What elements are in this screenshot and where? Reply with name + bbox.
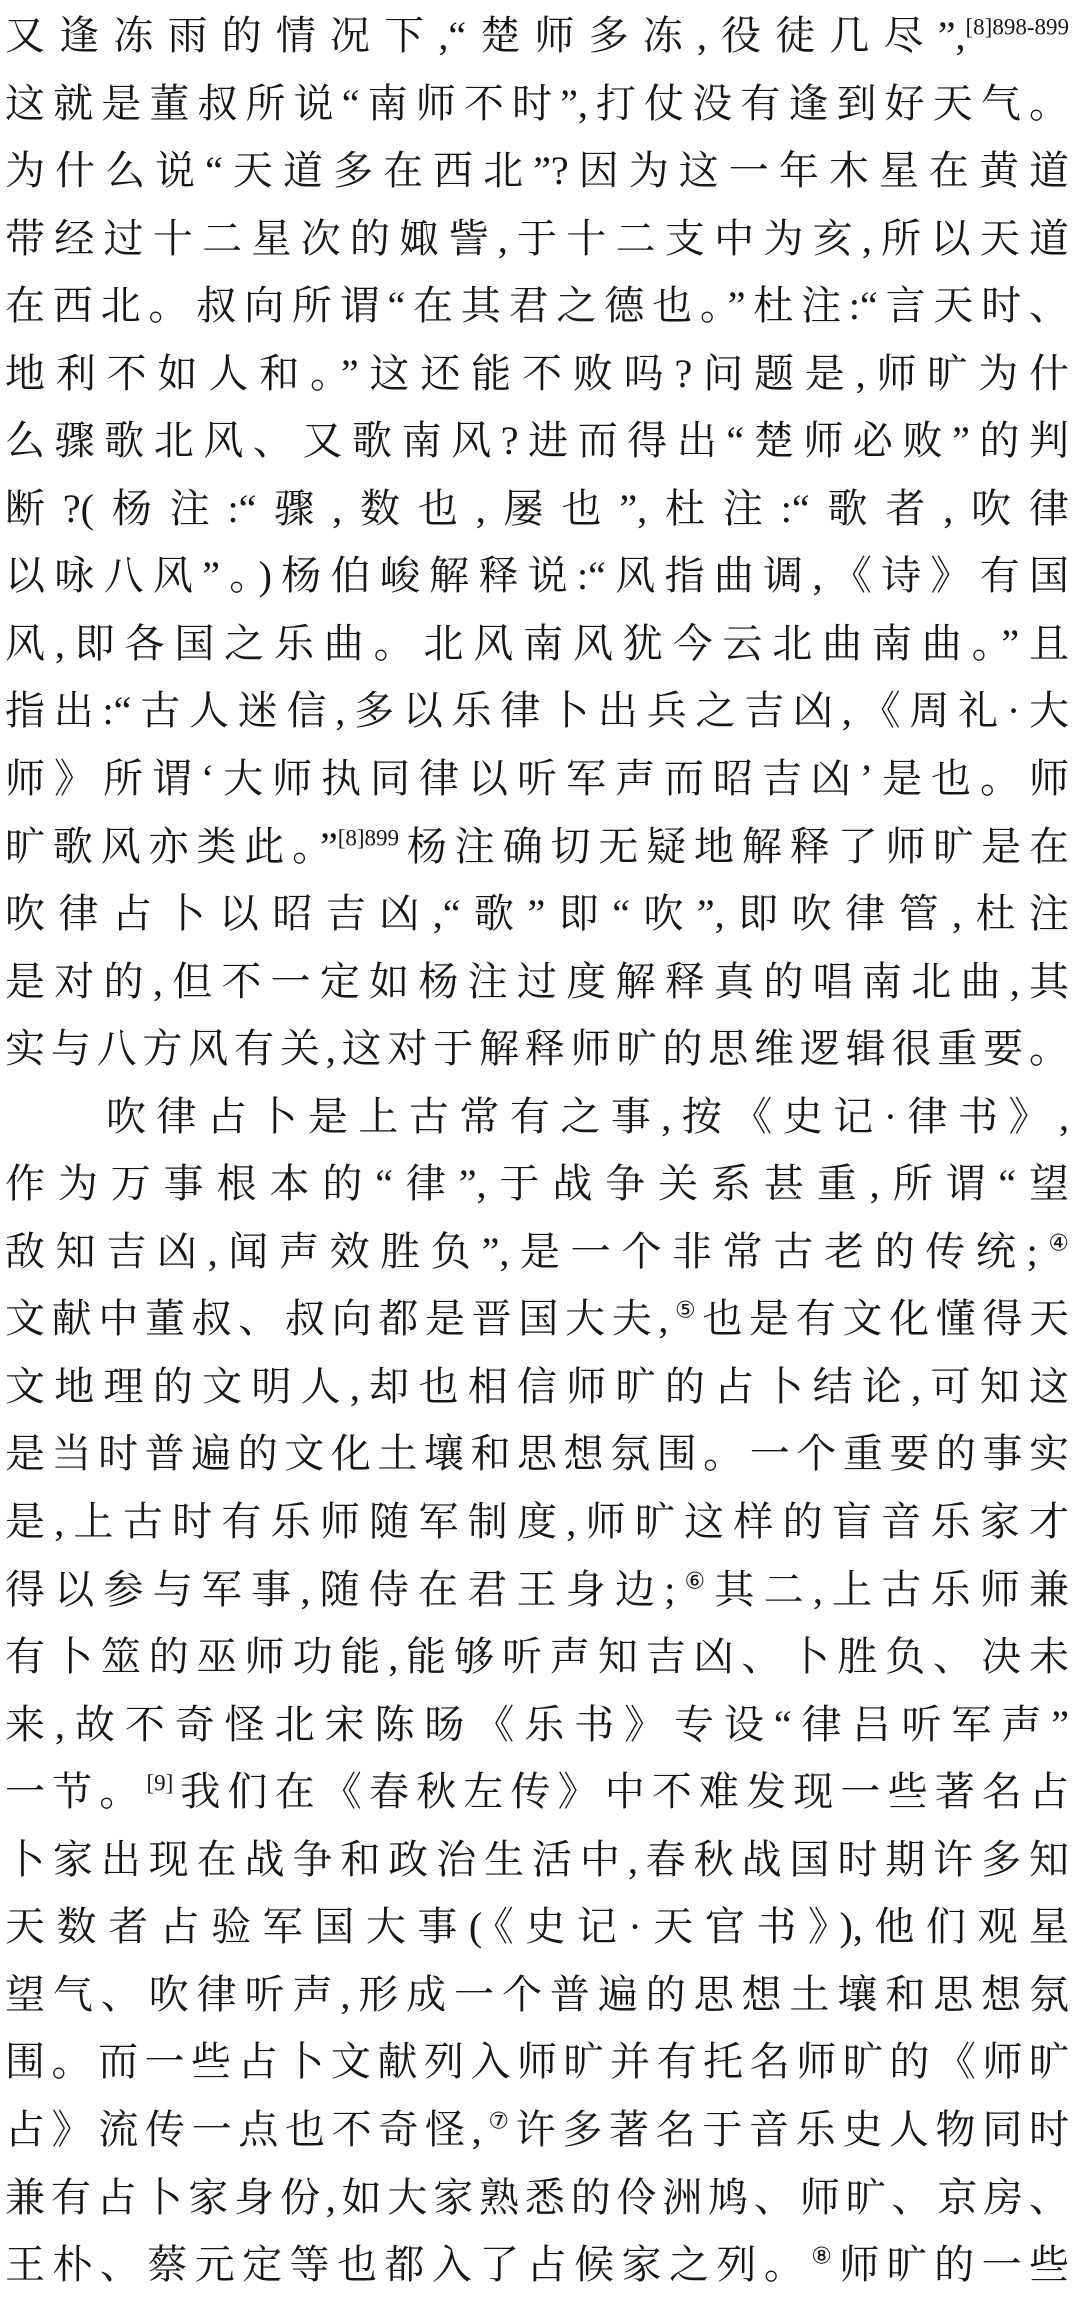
text-line: 望气、吹律听声,形成一个普遍的思想土壤和思想氛 bbox=[5, 1961, 1069, 2029]
text-block: 又逢冻雨的情况下,“楚师多冻,役徒几尽”,[8]898-899这就是董叔所说“南… bbox=[5, 2, 1069, 2299]
citation-superscript: [9] bbox=[146, 1771, 173, 1796]
text-line: 有卜筮的巫师功能,能够听声知吉凶、卜胜负、决未 bbox=[5, 1623, 1069, 1691]
text-line: 为什么说“天道多在西北”?因为这一年木星在黄道 bbox=[5, 137, 1069, 205]
text-line: 么骤歌北风、又歌南风?进而得出“楚师必败”的判 bbox=[5, 407, 1069, 475]
text-line: 天数者占验军国大事(《史记·天官书》),他们观星 bbox=[5, 1893, 1069, 1961]
document-page: 又逢冻雨的情况下,“楚师多冻,役徒几尽”,[8]898-899这就是董叔所说“南… bbox=[0, 0, 1074, 2299]
text-line: 文地理的文明人,却也相信师旷的占卜结论,可知这 bbox=[5, 1353, 1069, 1421]
text-line: 王朴、蔡元定等也都入了占候家之列。⑧师旷的一些 bbox=[5, 2231, 1069, 2299]
line-text: 杨注确切无疑地解释了师旷是在 bbox=[399, 824, 1069, 869]
line-text: 王朴、蔡元定等也都入了占候家之列。 bbox=[5, 2242, 811, 2287]
text-line: 又逢冻雨的情况下,“楚师多冻,役徒几尽”,[8]898-899 bbox=[5, 2, 1069, 70]
text-line: 风,即各国之乐曲。北风南风犹今云北曲南曲。”且 bbox=[5, 610, 1069, 678]
line-text: 文献中董叔、叔向都是晋国大夫, bbox=[5, 1296, 668, 1341]
citation-superscript: ⑤ bbox=[668, 1298, 702, 1323]
line-text: 其二,上古乐师兼 bbox=[714, 1567, 1069, 1612]
line-text: 在西北。叔向所谓“在其君之德也。”杜注:“言天时、 bbox=[5, 283, 1069, 328]
citation-superscript: ④ bbox=[1038, 1231, 1069, 1256]
line-text: 为什么说“天道多在西北”?因为这一年木星在黄道 bbox=[5, 148, 1069, 193]
line-text: 我们在《春秋左传》中不难发现一些著名占 bbox=[173, 1769, 1069, 1814]
text-line: 地利不如人和。”这还能不败吗?问题是,师旷为什 bbox=[5, 340, 1069, 408]
text-line: 吹律占卜是上古常有之事,按《史记·律书》, bbox=[5, 1083, 1069, 1151]
line-text: 以咏八风”。)杨伯峻解释说:“风指曲调,《诗》有国 bbox=[5, 553, 1069, 598]
text-line: 文献中董叔、叔向都是晋国大夫,⑤也是有文化懂得天 bbox=[5, 1285, 1069, 1353]
line-text: 得以参与军事,随侍在君王身边; bbox=[5, 1567, 675, 1612]
citation-superscript: [8]899 bbox=[338, 825, 399, 850]
citation-superscript: [8]898-899 bbox=[966, 15, 1069, 40]
line-text: 么骤歌北风、又歌南风?进而得出“楚师必败”的判 bbox=[5, 418, 1069, 463]
line-text: 也是有文化懂得天 bbox=[702, 1296, 1069, 1341]
text-line: 旷歌风亦类此。”[8]899杨注确切无疑地解释了师旷是在 bbox=[5, 813, 1069, 881]
line-text: 是当时普遍的文化土壤和思想氛围。一个重要的事实 bbox=[5, 1431, 1069, 1476]
line-text: 文地理的文明人,却也相信师旷的占卜结论,可知这 bbox=[5, 1364, 1069, 1409]
text-line: 兼有占卜家身份,如大家熟悉的伶洲鸠、师旷、京房、 bbox=[5, 2164, 1069, 2232]
text-line: 来,故不奇怪北宋陈旸《乐书》专设“律吕听军声” bbox=[5, 1691, 1069, 1759]
line-text: 敌知吉凶,闻声效胜负”,是一个非常古老的传统; bbox=[5, 1229, 1038, 1274]
text-line: 在西北。叔向所谓“在其君之德也。”杜注:“言天时、 bbox=[5, 272, 1069, 340]
line-text: 许多著名于音乐史人物同时 bbox=[516, 2107, 1069, 2152]
text-line: 得以参与军事,随侍在君王身边;⑥其二,上古乐师兼 bbox=[5, 1556, 1069, 1624]
line-text: 有卜筮的巫师功能,能够听声知吉凶、卜胜负、决未 bbox=[5, 1634, 1069, 1679]
citation-superscript: ⑥ bbox=[675, 1568, 714, 1593]
citation-superscript: ⑧ bbox=[811, 2244, 839, 2269]
text-line: 一节。[9]我们在《春秋左传》中不难发现一些著名占 bbox=[5, 1758, 1069, 1826]
line-text: 天数者占验军国大事(《史记·天官书》),他们观星 bbox=[5, 1904, 1069, 1949]
line-text: 是,上古时有乐师随军制度,师旷这样的盲音乐家才 bbox=[5, 1499, 1069, 1544]
citation-superscript: ⑦ bbox=[482, 2109, 516, 2134]
line-text: 实与八方风有关,这对于解释师旷的思维逻辑很重要。 bbox=[5, 1026, 1069, 1071]
line-text: 这就是董叔所说“南师不时”,打仗没有逢到好天气。 bbox=[5, 81, 1069, 126]
line-text: 是对的,但不一定如杨注过度解释真的唱南北曲,其 bbox=[5, 959, 1069, 1004]
line-text: 兼有占卜家身份,如大家熟悉的伶洲鸠、师旷、京房、 bbox=[5, 2175, 1069, 2220]
text-line: 这就是董叔所说“南师不时”,打仗没有逢到好天气。 bbox=[5, 70, 1069, 138]
line-text: 来,故不奇怪北宋陈旸《乐书》专设“律吕听军声” bbox=[5, 1702, 1069, 1747]
text-line: 是,上古时有乐师随军制度,师旷这样的盲音乐家才 bbox=[5, 1488, 1069, 1556]
text-line: 围。而一些占卜文献列入师旷并有托名师旷的《师旷 bbox=[5, 2028, 1069, 2096]
line-text: 又逢冻雨的情况下,“楚师多冻,役徒几尽”, bbox=[5, 13, 966, 58]
text-line: 吹律占卜以昭吉凶,“歌”即“吹”,即吹律管,杜注 bbox=[5, 880, 1069, 948]
text-line: 指出:“古人迷信,多以乐律卜出兵之吉凶,《周礼·大 bbox=[5, 677, 1069, 745]
line-text: 地利不如人和。”这还能不败吗?问题是,师旷为什 bbox=[5, 351, 1069, 396]
line-text: 围。而一些占卜文献列入师旷并有托名师旷的《师旷 bbox=[5, 2039, 1069, 2084]
text-line: 断?(杨注:“骤,数也,屡也”,杜注:“歌者,吹律 bbox=[5, 475, 1069, 543]
text-line: 敌知吉凶,闻声效胜负”,是一个非常古老的传统;④ bbox=[5, 1218, 1069, 1286]
text-line: 实与八方风有关,这对于解释师旷的思维逻辑很重要。 bbox=[5, 1015, 1069, 1083]
line-text: 断?(杨注:“骤,数也,屡也”,杜注:“歌者,吹律 bbox=[5, 486, 1069, 531]
text-line: 带经过十二星次的娵訾,于十二支中为亥,所以天道 bbox=[5, 205, 1069, 273]
line-text: 旷歌风亦类此。” bbox=[5, 824, 338, 869]
line-text: 作为万事根本的“律”,于战争关系甚重,所谓“望 bbox=[5, 1161, 1069, 1206]
text-line: 是对的,但不一定如杨注过度解释真的唱南北曲,其 bbox=[5, 948, 1069, 1016]
line-text: 带经过十二星次的娵訾,于十二支中为亥,所以天道 bbox=[5, 216, 1069, 261]
line-text: 望气、吹律听声,形成一个普遍的思想土壤和思想氛 bbox=[5, 1972, 1069, 2017]
line-text: 占》流传一点也不奇怪, bbox=[5, 2107, 482, 2152]
text-line: 占》流传一点也不奇怪,⑦许多著名于音乐史人物同时 bbox=[5, 2096, 1069, 2164]
text-line: 是当时普遍的文化土壤和思想氛围。一个重要的事实 bbox=[5, 1420, 1069, 1488]
line-text: 风,即各国之乐曲。北风南风犹今云北曲南曲。”且 bbox=[5, 621, 1069, 666]
line-text: 卜家出现在战争和政治生活中,春秋战国时期许多知 bbox=[5, 1837, 1069, 1882]
line-text: 指出:“古人迷信,多以乐律卜出兵之吉凶,《周礼·大 bbox=[5, 688, 1069, 733]
line-text: 吹律占卜是上古常有之事,按《史记·律书》, bbox=[5, 1094, 1069, 1139]
text-line: 卜家出现在战争和政治生活中,春秋战国时期许多知 bbox=[5, 1826, 1069, 1894]
text-line: 师》所谓‘大师执同律以听军声而昭吉凶’是也。师 bbox=[5, 745, 1069, 813]
line-text: 一节。 bbox=[5, 1769, 146, 1814]
text-line: 以咏八风”。)杨伯峻解释说:“风指曲调,《诗》有国 bbox=[5, 542, 1069, 610]
line-text: 师旷的一些 bbox=[839, 2242, 1069, 2287]
text-line: 作为万事根本的“律”,于战争关系甚重,所谓“望 bbox=[5, 1150, 1069, 1218]
line-text: 吹律占卜以昭吉凶,“歌”即“吹”,即吹律管,杜注 bbox=[5, 891, 1069, 936]
line-text: 师》所谓‘大师执同律以听军声而昭吉凶’是也。师 bbox=[5, 756, 1069, 801]
